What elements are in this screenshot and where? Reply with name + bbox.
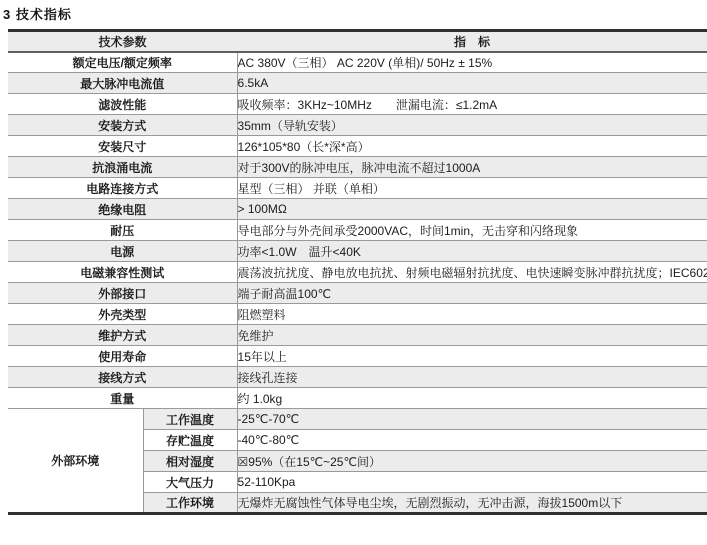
spec-row: 滤波性能 吸收频率：3KHz~10MHz 泄漏电流：≤1.2mA [8,94,707,115]
param-value: 震荡波抗扰度、静电放电抗扰、射频电磁辐射抗扰度、电快速瞬变脉冲群抗扰度；IEC6… [237,262,707,283]
spec-row: 绝缘电阻 > 100MΩ [8,199,707,220]
param-label: 耐压 [8,220,237,241]
page-title: 3 技术指标 [3,4,72,23]
param-label: 绝缘电阻 [8,199,237,220]
spec-row: 额定电压/额定频率 AC 380V（三相） AC 220V (单相)/ 50Hz… [8,52,707,73]
spec-row: 外部接口 端子耐高温100℃ [8,283,707,304]
param-label: 电磁兼容性测试 [8,262,237,283]
param-label: 额定电压/额定频率 [8,52,237,73]
spec-row: 最大脉冲电流值 6.5kA [8,73,707,94]
spec-row: 电源 功率<1.0W 温升<40K [8,241,707,262]
param-label: 安装尺寸 [8,136,237,157]
spec-row: 安装方式 35mm（导轨安装） [8,115,707,136]
param-value: 吸收频率：3KHz~10MHz 泄漏电流：≤1.2mA [237,94,707,115]
param-value: AC 380V（三相） AC 220V (单相)/ 50Hz ± 15% [237,52,707,73]
param-label: 安装方式 [8,115,237,136]
spec-row: 电路连接方式 星型（三相） 并联（单相） [8,178,707,199]
spec-row: 外壳类型 阻燃塑料 [8,304,707,325]
env-value: 无爆炸无腐蚀性气体导电尘埃，无剧烈振动，无冲击源，海拔1500m以下 [237,493,707,514]
spec-row: 耐压 导电部分与外壳间承受2000VAC，时间1min，无击穿和闪络现象 [8,220,707,241]
param-label: 抗浪涌电流 [8,157,237,178]
spec-row: 安装尺寸 126*105*80（长*深*高） [8,136,707,157]
param-label: 接线方式 [8,367,237,388]
spec-table: 技术参数 指 标 额定电压/额定频率 AC 380V（三相） AC 220V (… [8,29,707,515]
param-value: 对于300V的脉冲电压，脉冲电流不超过1000A [237,157,707,178]
param-value: 阻燃塑料 [237,304,707,325]
param-value: > 100MΩ [237,199,707,220]
param-label: 使用寿命 [8,346,237,367]
env-sublabel: 相对湿度 [143,451,237,472]
param-label: 外部接口 [8,283,237,304]
param-value: 功率<1.0W 温升<40K [237,241,707,262]
param-label: 外壳类型 [8,304,237,325]
param-value: 免维护 [237,325,707,346]
param-value: 端子耐高温100℃ [237,283,707,304]
spec-row: 重量 约 1.0kg [8,388,707,409]
spec-row: 接线方式 接线孔连接 [8,367,707,388]
env-sublabel: 存贮温度 [143,430,237,451]
header-param: 技术参数 [8,31,237,52]
env-value: 52-110Kpa [237,472,707,493]
param-value: 15年以上 [237,346,707,367]
param-label: 最大脉冲电流值 [8,73,237,94]
param-label: 滤波性能 [8,94,237,115]
param-value: 126*105*80（长*深*高） [237,136,707,157]
param-value: 6.5kA [237,73,707,94]
env-row: 外部环境 工作温度 -25℃-70℃ [8,409,707,430]
param-value: 星型（三相） 并联（单相） [237,178,707,199]
param-value: 约 1.0kg [237,388,707,409]
spec-row: 使用寿命 15年以上 [8,346,707,367]
header-indicator: 指 标 [237,31,707,52]
table-header-row: 技术参数 指 标 [8,31,707,52]
env-sublabel: 工作温度 [143,409,237,430]
param-label: 电源 [8,241,237,262]
env-value: ☒95%（在15℃~25℃间） [237,451,707,472]
spec-row: 维护方式 免维护 [8,325,707,346]
param-value: 接线孔连接 [237,367,707,388]
param-value: 35mm（导轨安装） [237,115,707,136]
param-value: 导电部分与外壳间承受2000VAC，时间1min，无击穿和闪络现象 [237,220,707,241]
spec-row: 抗浪涌电流 对于300V的脉冲电压，脉冲电流不超过1000A [8,157,707,178]
env-sublabel: 工作环境 [143,493,237,514]
env-value: -40℃-80℃ [237,430,707,451]
env-group-label: 外部环境 [8,409,143,514]
env-sublabel: 大气压力 [143,472,237,493]
spec-sheet-page: 3 技术指标 技术参数 指 标 额定电压/额定频率 AC 380V（三相） AC… [0,0,707,545]
spec-row: 电磁兼容性测试 震荡波抗扰度、静电放电抗扰、射频电磁辐射抗扰度、电快速瞬变脉冲群… [8,262,707,283]
param-label: 电路连接方式 [8,178,237,199]
param-label: 重量 [8,388,237,409]
param-label: 维护方式 [8,325,237,346]
env-value: -25℃-70℃ [237,409,707,430]
